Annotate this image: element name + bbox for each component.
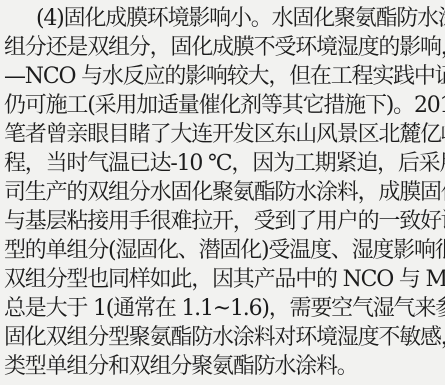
paragraph-line: 组分还是双组分，固化成膜不受环境湿度的影响，虽温度对 xyxy=(4,33,444,63)
paragraph-line: —NCO 与水反应的影响较大，但在工程实践中证明 0 ℃左右 xyxy=(4,62,444,92)
paragraph-line: (4)固化成膜环境影响小。水固化聚氨酯防水涂料不论单 xyxy=(36,4,444,34)
paragraph-line: 仍可施工(采用加适量催化剂等其它措施下)。2010 年 12 月 xyxy=(4,91,444,121)
paragraph-line: 类型单组分和双组分聚氨酯防水涂料。 xyxy=(4,352,444,382)
paragraph-line: 型的单组分(湿固化、潜固化)受温度、湿度影响很大，MOCA xyxy=(4,236,444,266)
paragraph-line: 固化双组分型聚氨酯防水涂料对环境湿度不敏感，优于其它 xyxy=(4,323,444,353)
paragraph-line: 笔者曾亲眼目睹了大连开发区东山风景区北麓亿峰 8 号工 xyxy=(4,120,444,150)
paragraph-line: 与基层粘接用手很难拉开，受到了用户的一致好评。而其它类 xyxy=(4,207,444,237)
paragraph-line: 司生产的双组分水固化聚氨酯防水涂料，成膜固化效果较好， xyxy=(4,178,444,208)
paragraph-line: 总是大于 1(通常在 1.1~1.6)，需要空气湿气来参与反应。水 xyxy=(4,294,444,324)
paragraph-line: 程，当时气温已达-10 ℃，因为工期紧迫，后采用了南京一公 xyxy=(4,149,444,179)
document-page: (4)固化成膜环境影响小。水固化聚氨酯防水涂料不论单 组分还是双组分，固化成膜不… xyxy=(0,0,445,385)
paragraph-line: 双组分型也同样如此，因其产品中的 NCO 与 MCOA 摩尔比 xyxy=(4,265,444,295)
